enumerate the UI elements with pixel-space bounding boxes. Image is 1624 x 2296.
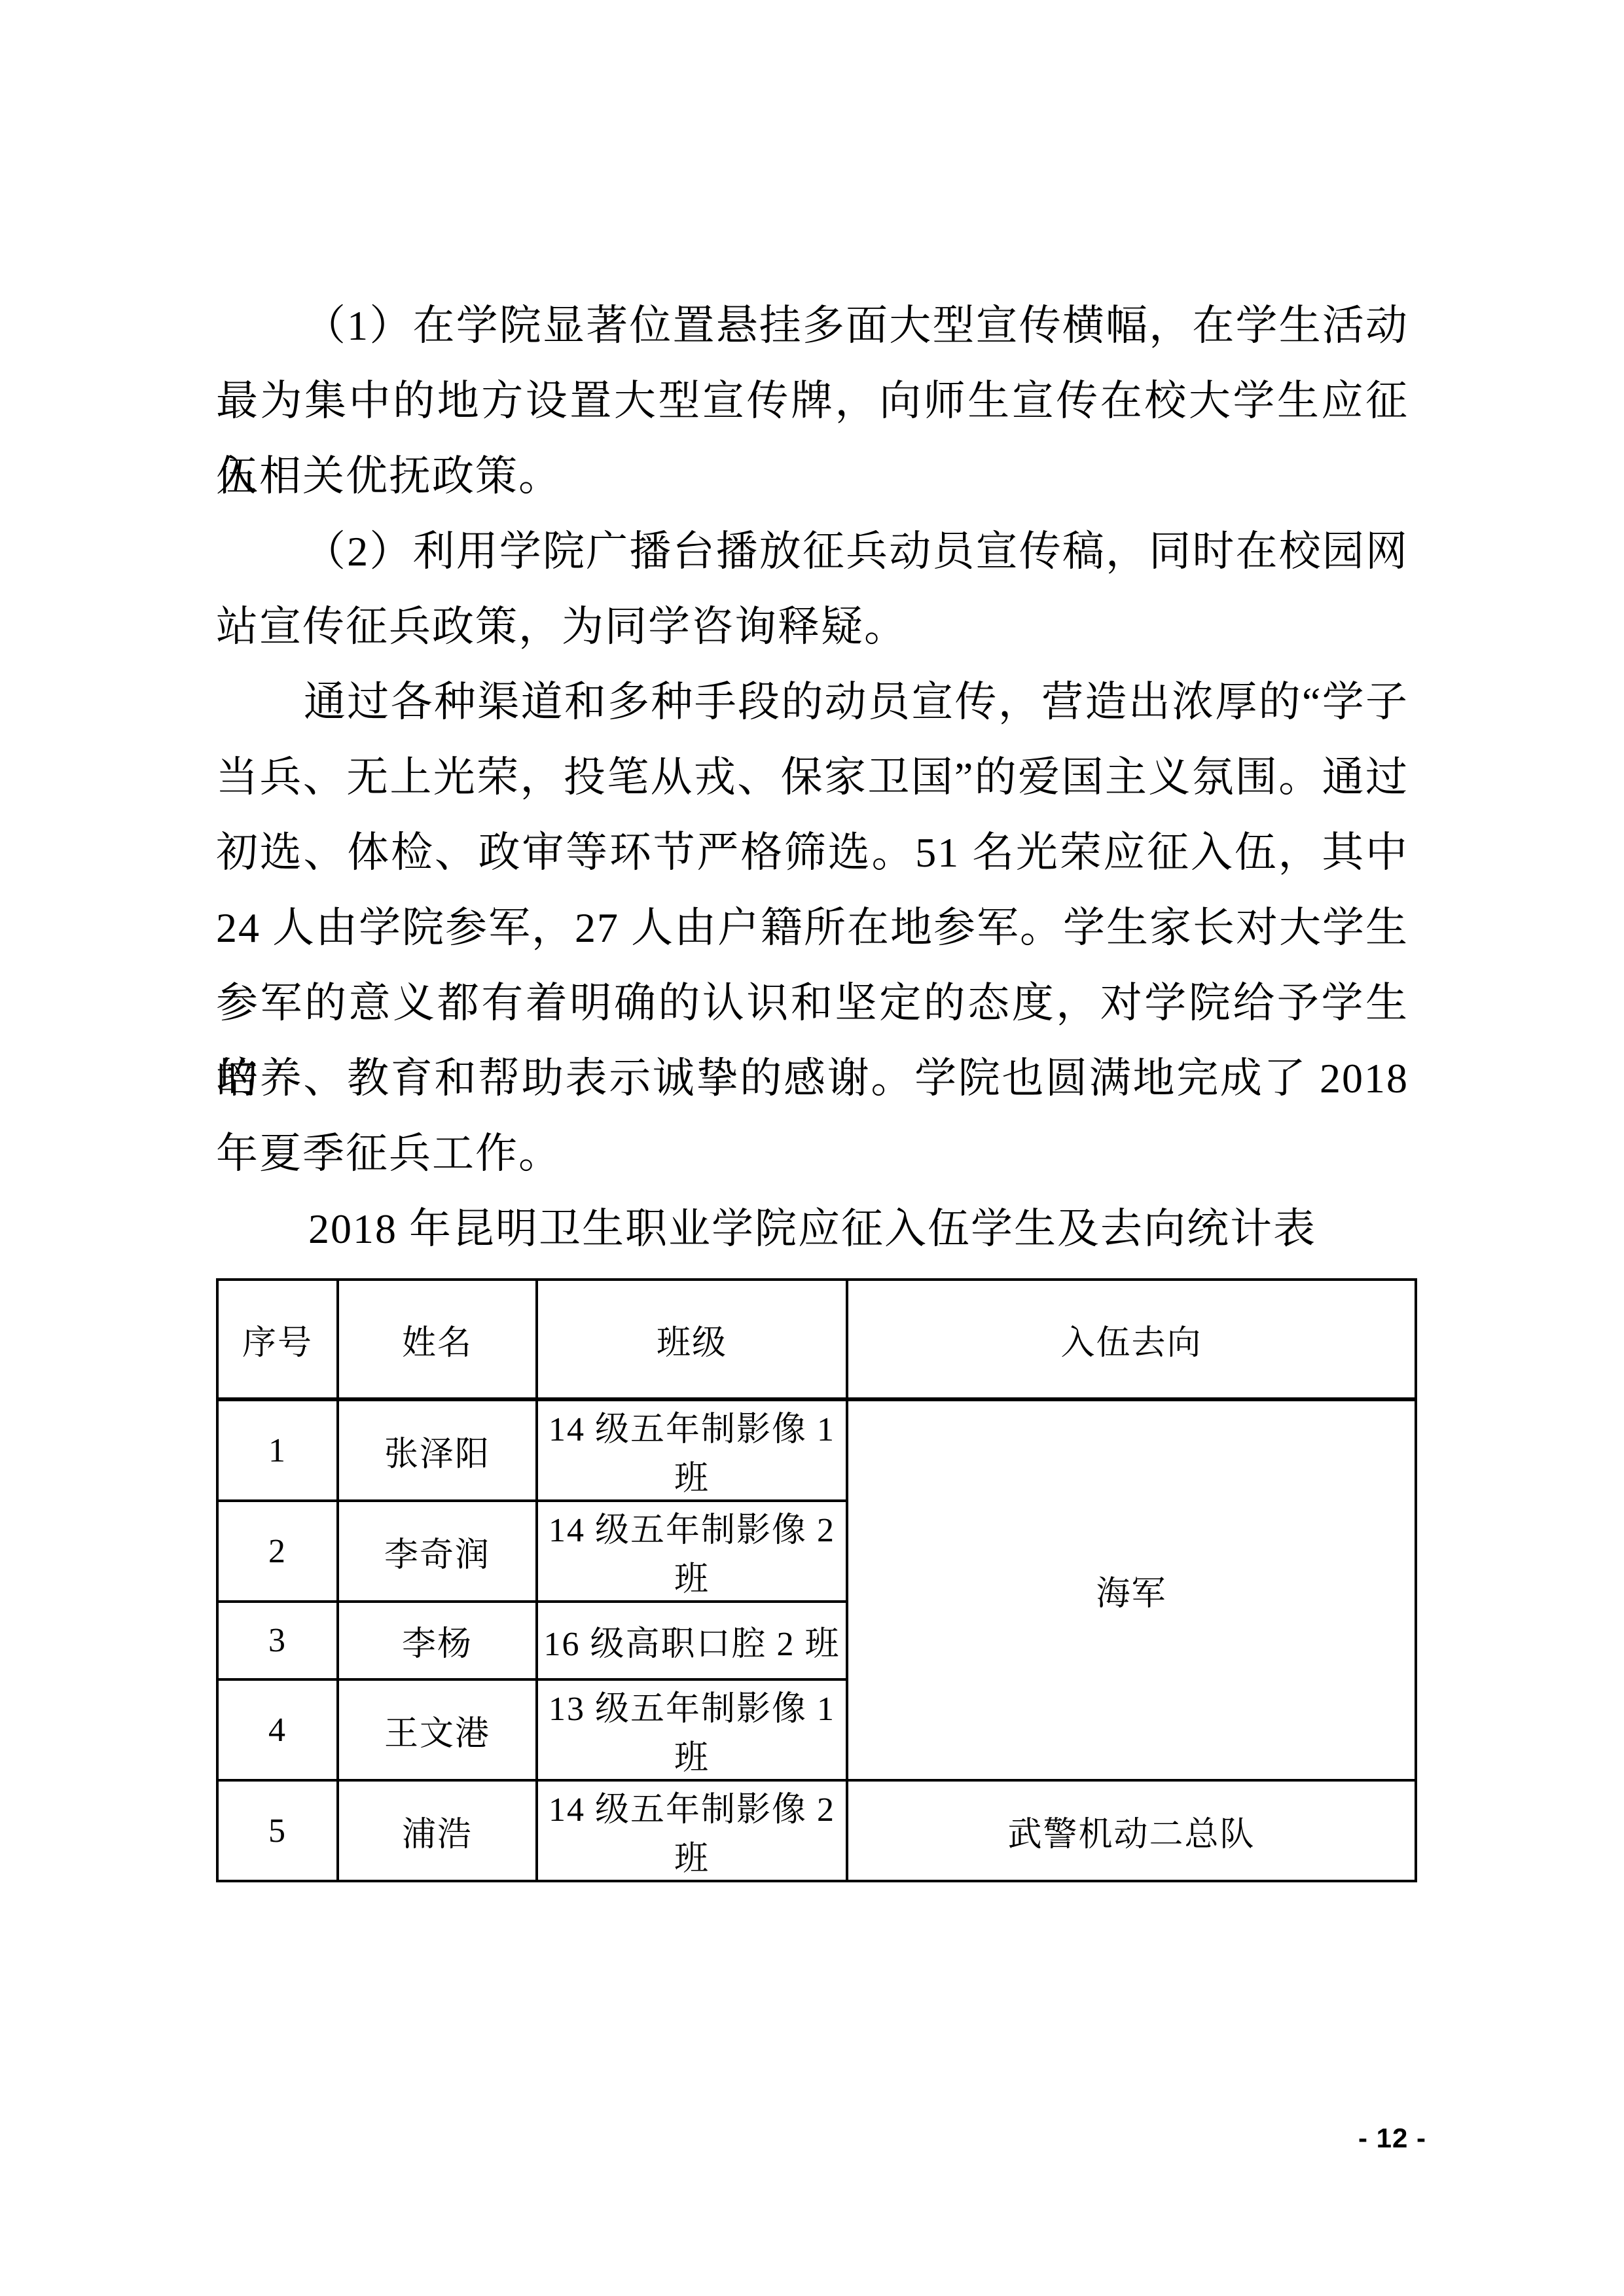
body-line: （2）利用学院广播台播放征兵动员宣传稿，同时在校园网 (216, 514, 1409, 589)
cell-name: 浦浩 (338, 1780, 537, 1881)
table-header-row: 序号 姓名 班级 入伍去向 (217, 1280, 1416, 1399)
cell-destination-armed-police: 武警机动二总队 (847, 1780, 1416, 1881)
recruitment-table: 序号 姓名 班级 入伍去向 1 张泽阳 14 级五年制影像 1 班 海军 2 李… (216, 1278, 1417, 1882)
cell-destination-navy: 海军 (847, 1399, 1416, 1780)
body-line: 年夏季征兵工作。 (216, 1116, 1409, 1191)
body-line: （1）在学院显著位置悬挂多面大型宣传横幅，在学生活动 (216, 288, 1409, 363)
body-line: 伍相关优抚政策。 (216, 439, 1409, 514)
cell-name: 张泽阳 (338, 1399, 537, 1501)
header-class: 班级 (537, 1280, 847, 1399)
cell-class: 13 级五年制影像 1 班 (537, 1679, 847, 1780)
cell-class: 14 级五年制影像 1 班 (537, 1399, 847, 1501)
cell-seq: 5 (217, 1780, 338, 1881)
body-line: 24 人由学院参军，27 人由户籍所在地参军。学生家长对大学生 (216, 890, 1409, 965)
cell-name: 李杨 (338, 1602, 537, 1679)
cell-seq: 2 (217, 1501, 338, 1602)
cell-seq: 1 (217, 1399, 338, 1501)
cell-name: 李奇润 (338, 1501, 537, 1602)
body-line: 参军的意义都有着明确的认识和坚定的态度，对学院给予学生的 (216, 965, 1409, 1041)
cell-seq: 4 (217, 1679, 338, 1780)
body-line: 最为集中的地方设置大型宣传牌，向师生宣传在校大学生应征入 (216, 363, 1409, 439)
header-destination: 入伍去向 (847, 1280, 1416, 1399)
cell-class: 16 级高职口腔 2 班 (537, 1602, 847, 1679)
table-row: 5 浦浩 14 级五年制影像 2 班 武警机动二总队 (217, 1780, 1416, 1881)
header-name: 姓名 (338, 1280, 537, 1399)
header-seq: 序号 (217, 1280, 338, 1399)
document-body: （1）在学院显著位置悬挂多面大型宣传横幅，在学生活动 最为集中的地方设置大型宣传… (216, 288, 1409, 1882)
cell-class: 14 级五年制影像 2 班 (537, 1780, 847, 1881)
cell-seq: 3 (217, 1602, 338, 1679)
body-line: 初选、体检、政审等环节严格筛选。51 名光荣应征入伍，其中 (216, 815, 1409, 890)
body-line: 站宣传征兵政策，为同学咨询释疑。 (216, 589, 1409, 664)
page-number: - 12 - (1358, 2123, 1426, 2154)
table-row: 1 张泽阳 14 级五年制影像 1 班 海军 (217, 1399, 1416, 1501)
body-line: 当兵、无上光荣，投笔从戎、保家卫国”的爱国主义氛围。通过 (216, 740, 1409, 815)
body-line: 培养、教育和帮助表示诚挚的感谢。学院也圆满地完成了 2018 (216, 1041, 1409, 1116)
table-title: 2018 年昆明卫生职业学院应征入伍学生及去向统计表 (216, 1191, 1409, 1266)
cell-class: 14 级五年制影像 2 班 (537, 1501, 847, 1602)
document-page: （1）在学院显著位置悬挂多面大型宣传横幅，在学生活动 最为集中的地方设置大型宣传… (0, 0, 1624, 2296)
body-line: 通过各种渠道和多种手段的动员宣传，营造出浓厚的“学子 (216, 664, 1409, 740)
cell-name: 王文港 (338, 1679, 537, 1780)
